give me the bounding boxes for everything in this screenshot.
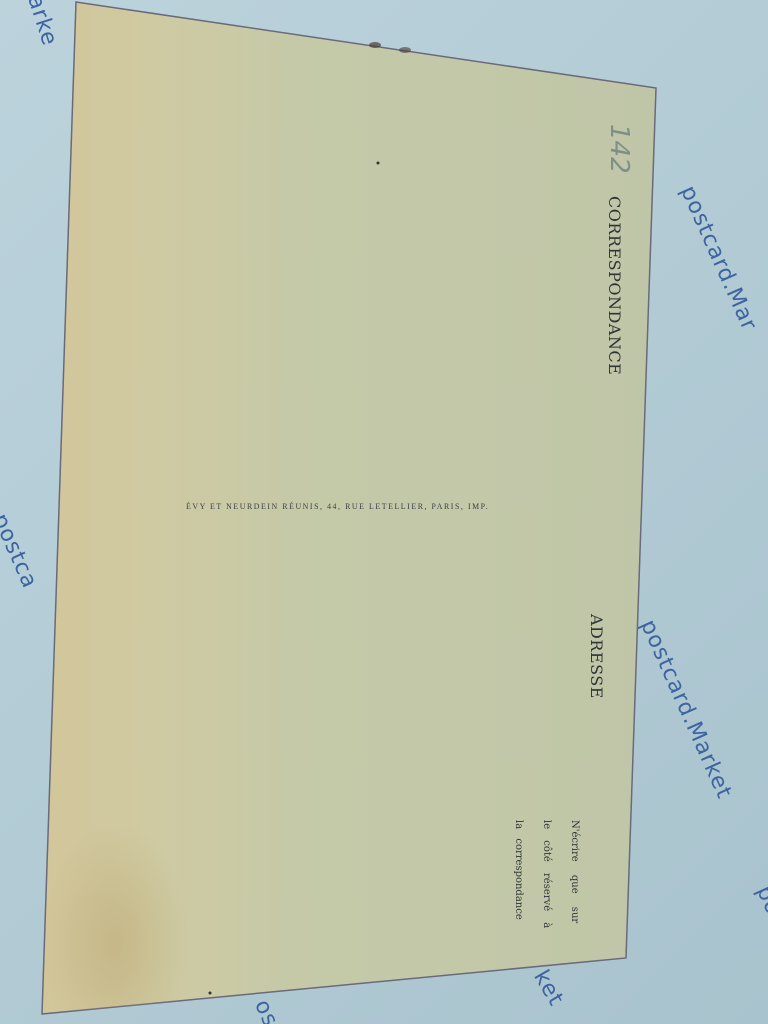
adresse-heading: ADRESSE	[587, 614, 606, 699]
handwritten-number: 142	[604, 124, 634, 174]
postcard	[0, 0, 768, 1024]
instruction-line: le côté réservé à	[541, 820, 552, 928]
instruction-line: la correspondance	[513, 820, 524, 920]
correspondance-heading: CORRESPONDANCE	[605, 196, 624, 375]
printer-imprint: ÉVY ET NEURDEIN RÉUNIS, 44, RUE LETELLIE…	[186, 502, 489, 511]
instruction-line: N'écrire que sur	[569, 820, 580, 923]
